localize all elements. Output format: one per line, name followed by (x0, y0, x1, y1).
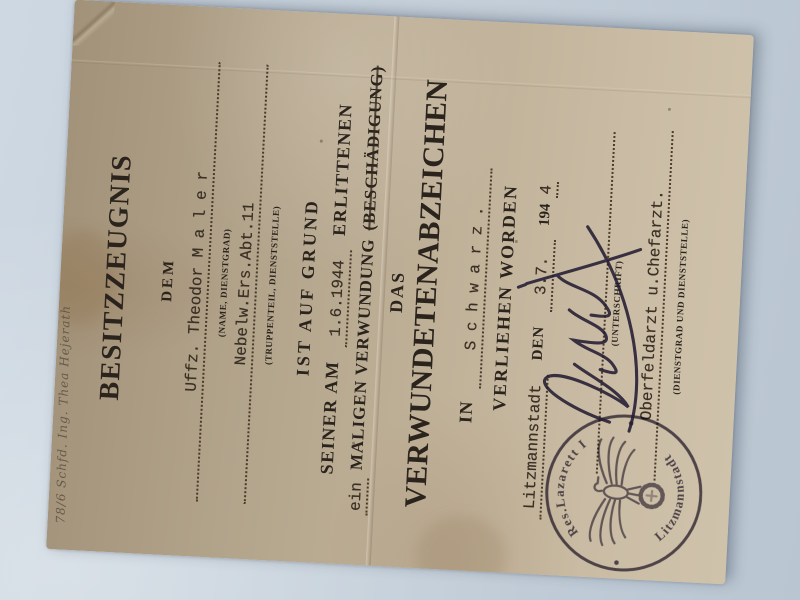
ein-typed-value: ein (346, 478, 369, 516)
wound-date-value: 1.6.1944 (326, 249, 352, 347)
year-typed: 4 (537, 181, 559, 198)
wound-badge-certificate: 78/6 Schfd. Ing. Thea Hejerath BESITZZEU… (46, 0, 754, 584)
award-class-value: S c h w a r z . (460, 168, 492, 389)
stamp-dot-left (614, 560, 619, 565)
signature-ink (505, 205, 657, 442)
in-label: IN (455, 400, 477, 424)
svg-text:Litzmannstadt: Litzmannstadt (650, 450, 691, 546)
erlittenen-label: ERLITTENEN (329, 102, 357, 236)
corner-fold (70, 0, 114, 48)
stamp-arc-bottom-text: Litzmannstadt (650, 450, 691, 546)
photo-background: 78/6 Schfd. Ing. Thea Hejerath BESITZZEU… (0, 0, 800, 600)
seiner-am-label: SEINER AM (316, 360, 343, 475)
pencil-note: 78/6 Schfd. Ing. Thea Hejerath (53, 305, 72, 524)
